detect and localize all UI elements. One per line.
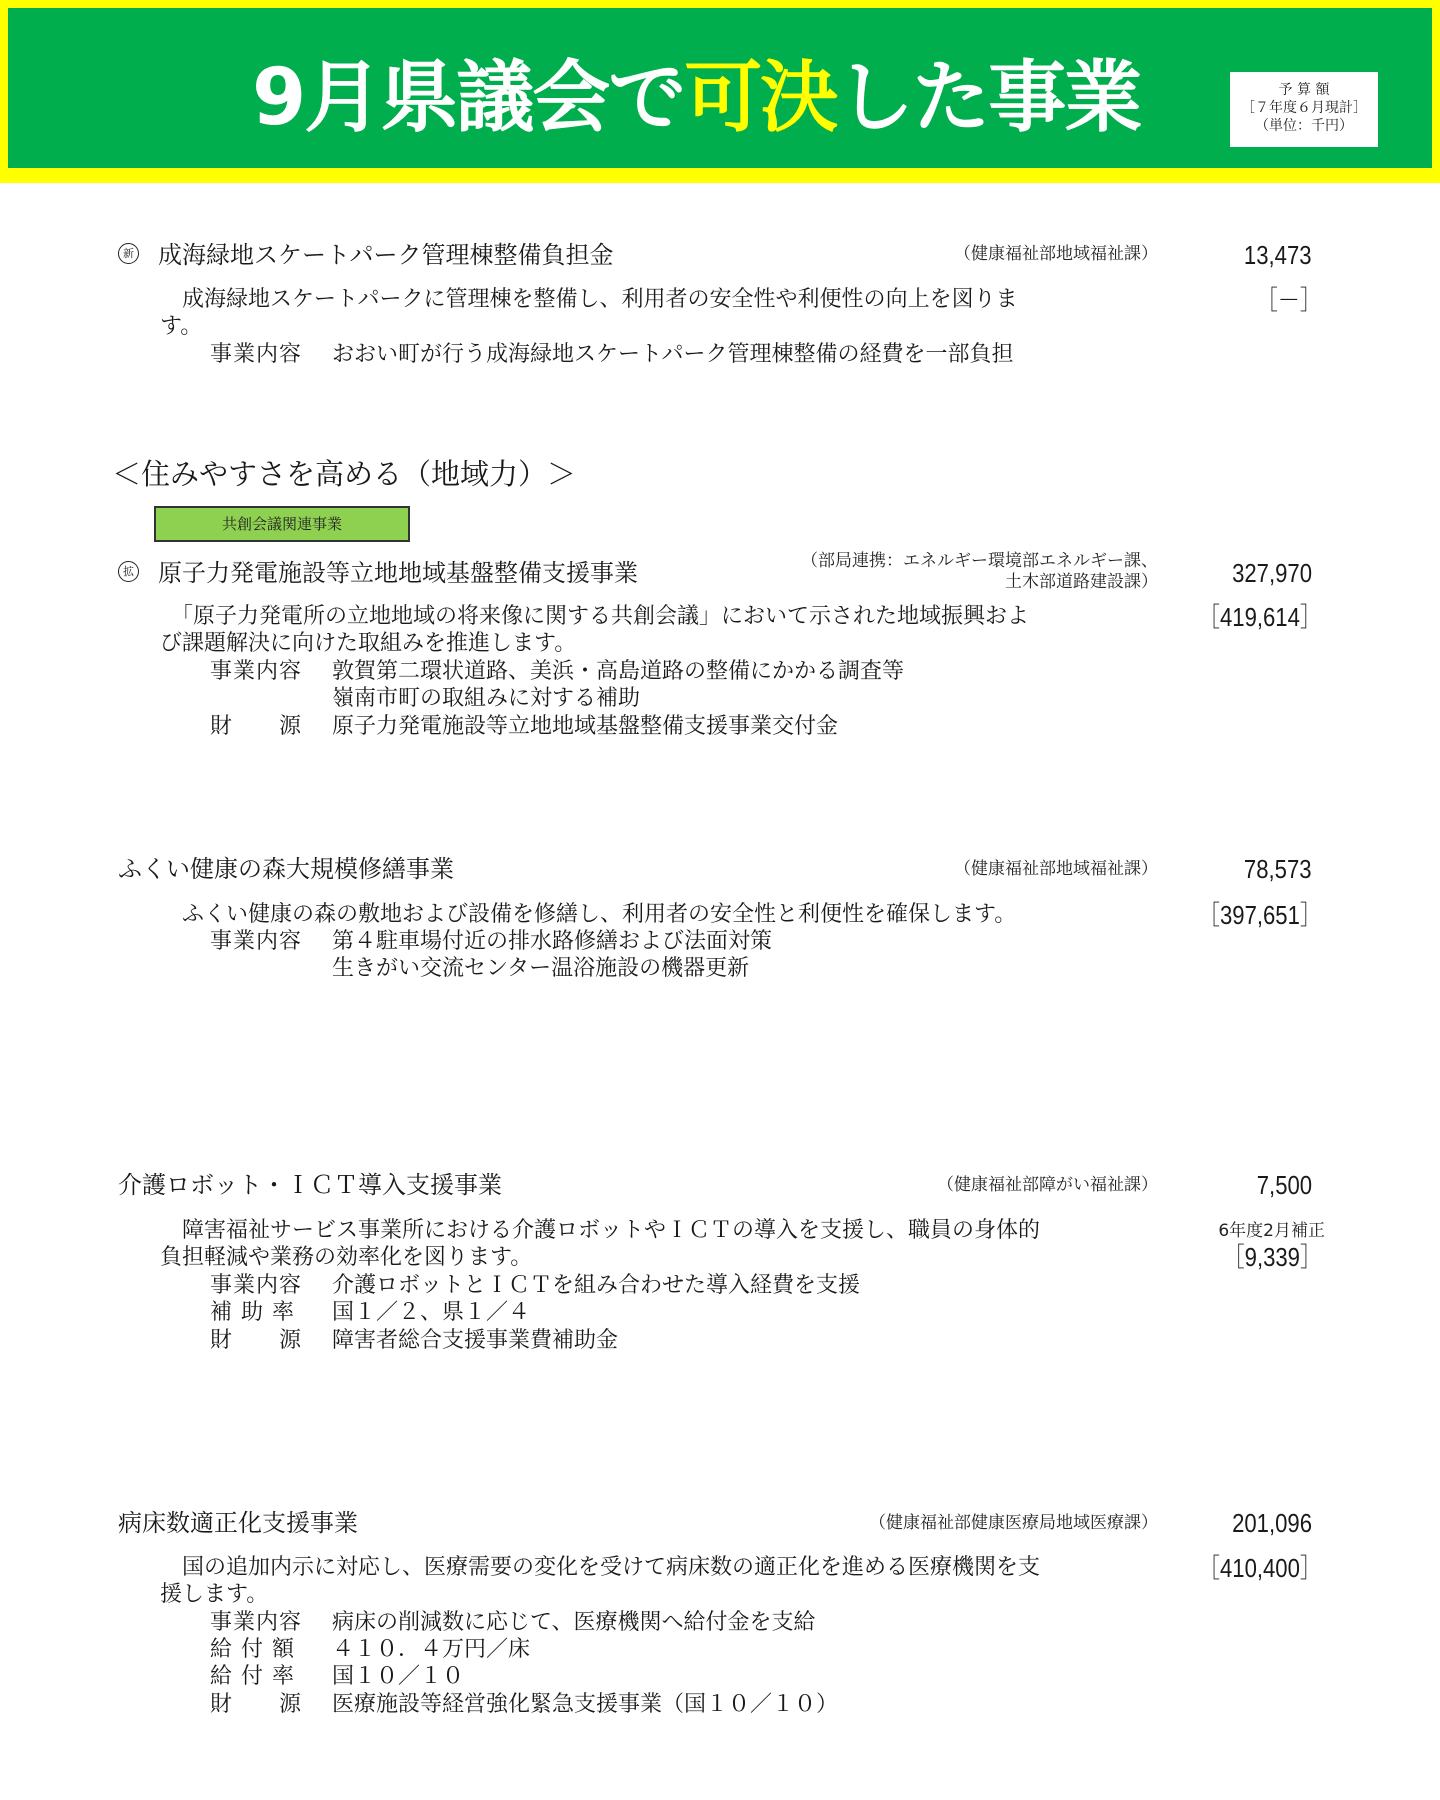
detail-label: 財 源 — [210, 1691, 310, 1719]
department-line: 土木部道路建設課） — [1005, 571, 1158, 593]
prior-amount: ［－］ — [1256, 285, 1322, 315]
project-title: 成海緑地スケートパーク管理棟整備負担金 — [158, 240, 614, 270]
detail-value: 敦賀第二環状道路、美浜・高島道路の整備にかかる調査等 — [332, 658, 904, 686]
prior-note: 6年度2月補正 — [1218, 1220, 1325, 1242]
kyoso-badge: 共創会議関連事業 — [154, 506, 410, 542]
detail-value: 生きがい交流センター温浴施設の機器更新 — [332, 955, 749, 983]
budget-unit: （単位：千円） — [1230, 117, 1378, 135]
detail-label: 財 源 — [210, 1327, 310, 1355]
department: （健康福祉部障がい福祉課） — [937, 1174, 1158, 1196]
project-title: 病床数適正化支援事業 — [118, 1508, 358, 1538]
description-line: 障害福祉サービス事業所における介護ロボットやＩＣＴの導入を支援し、職員の身体的 — [160, 1217, 1040, 1245]
page-title: 9月県議会で可決した事業 — [252, 48, 1140, 148]
detail-label: 事業内容 — [210, 341, 310, 369]
new-mark-icon: 新 — [118, 243, 139, 264]
title-highlight: 可決 — [684, 53, 836, 143]
project-title: 原子力発電施設等立地地域基盤整備支援事業 — [158, 558, 638, 588]
department: （健康福祉部地域福祉課） — [954, 858, 1158, 880]
project-title: ふくい健康の森大規模修繕事業 — [118, 854, 454, 884]
title-part: 9月県議会で — [252, 53, 684, 143]
detail-value: 国１０／１０ — [332, 1663, 464, 1691]
department: （健康福祉部健康医療局地域医療課） — [869, 1512, 1158, 1534]
description-line: ふくい健康の森の敷地および設備を修繕し、利用者の安全性と利便性を確保します。 — [160, 901, 1016, 929]
detail-value: 病床の削減数に応じて、医療機関へ給付金を支給 — [332, 1609, 816, 1637]
detail-value: 国１／２、県１／４ — [332, 1299, 530, 1327]
detail-value: 嶺南市町の取組みに対する補助 — [332, 685, 640, 713]
banner-frame: 9月県議会で可決した事業 予 算 額 ［７年度６月現計］ （単位：千円） — [0, 0, 1440, 183]
prior-amount: ［419,614］ — [1198, 602, 1322, 632]
description-line: 「原子力発電所の立地地域の将来像に関する共創会議」において示された地域振興およ — [160, 603, 1029, 631]
budget-unit-box: 予 算 額 ［７年度６月現計］ （単位：千円） — [1230, 72, 1378, 147]
department: （健康福祉部地域福祉課） — [954, 243, 1158, 265]
expanded-mark-icon: 拡 — [118, 561, 139, 582]
description-line: 成海緑地スケートパークに管理棟を整備し、利用者の安全性や利便性の向上を図りま — [160, 286, 1018, 314]
budget-amount: 7,500 — [1257, 1170, 1312, 1200]
detail-label: 事業内容 — [210, 928, 310, 956]
detail-value: 第４駐車場付近の排水路修繕および法面対策 — [332, 928, 772, 956]
prior-amount: ［9,339］ — [1222, 1242, 1322, 1272]
detail-value: 原子力発電施設等立地地域基盤整備支援事業交付金 — [332, 713, 838, 741]
section-heading: ＜住みやすさを高める（地域力）＞ — [112, 456, 576, 492]
detail-label: 補 助 率 — [210, 1299, 310, 1327]
project-title: 介護ロボット・ＩＣＴ導入支援事業 — [118, 1170, 502, 1200]
description-line: 負担軽減や業務の効率化を図ります。 — [160, 1244, 532, 1272]
detail-value: ４１０．４万円／床 — [332, 1636, 530, 1664]
detail-value: 介護ロボットとＩＣＴを組み合わせた導入経費を支援 — [332, 1272, 860, 1300]
description-line: 援します。 — [160, 1581, 268, 1609]
prior-amount: ［397,651］ — [1198, 900, 1322, 930]
department-line: （部局連携：エネルギー環境部エネルギー課、 — [801, 550, 1158, 572]
banner: 9月県議会で可決した事業 — [8, 8, 1432, 168]
budget-amount: 13,473 — [1244, 240, 1312, 270]
budget-label: 予 算 額 — [1230, 81, 1378, 99]
detail-value: 医療施設等経営強化緊急支援事業（国１０／１０） — [332, 1691, 838, 1719]
budget-amount: 78,573 — [1244, 854, 1312, 884]
detail-label: 事業内容 — [210, 1272, 310, 1300]
detail-label: 給 付 率 — [210, 1663, 310, 1691]
detail-value: 障害者総合支援事業費補助金 — [332, 1327, 618, 1355]
detail-label: 財 源 — [210, 713, 310, 741]
description-line: す。 — [160, 313, 202, 341]
description-line: び課題解決に向けた取組みを推進します。 — [160, 630, 576, 658]
detail-label: 給 付 額 — [210, 1636, 310, 1664]
prior-amount: ［410,400］ — [1198, 1553, 1322, 1583]
budget-period: ［７年度６月現計］ — [1230, 99, 1378, 117]
title-part: した事業 — [836, 53, 1140, 143]
budget-amount: 327,970 — [1232, 558, 1312, 588]
detail-label: 事業内容 — [210, 658, 310, 686]
description-line: 国の追加内示に対応し、医療需要の変化を受けて病床数の適正化を進める医療機関を支 — [160, 1554, 1040, 1582]
budget-amount: 201,096 — [1232, 1508, 1312, 1538]
detail-value: おおい町が行う成海緑地スケートパーク管理棟整備の経費を一部負担 — [332, 341, 1014, 369]
detail-label: 事業内容 — [210, 1609, 310, 1637]
